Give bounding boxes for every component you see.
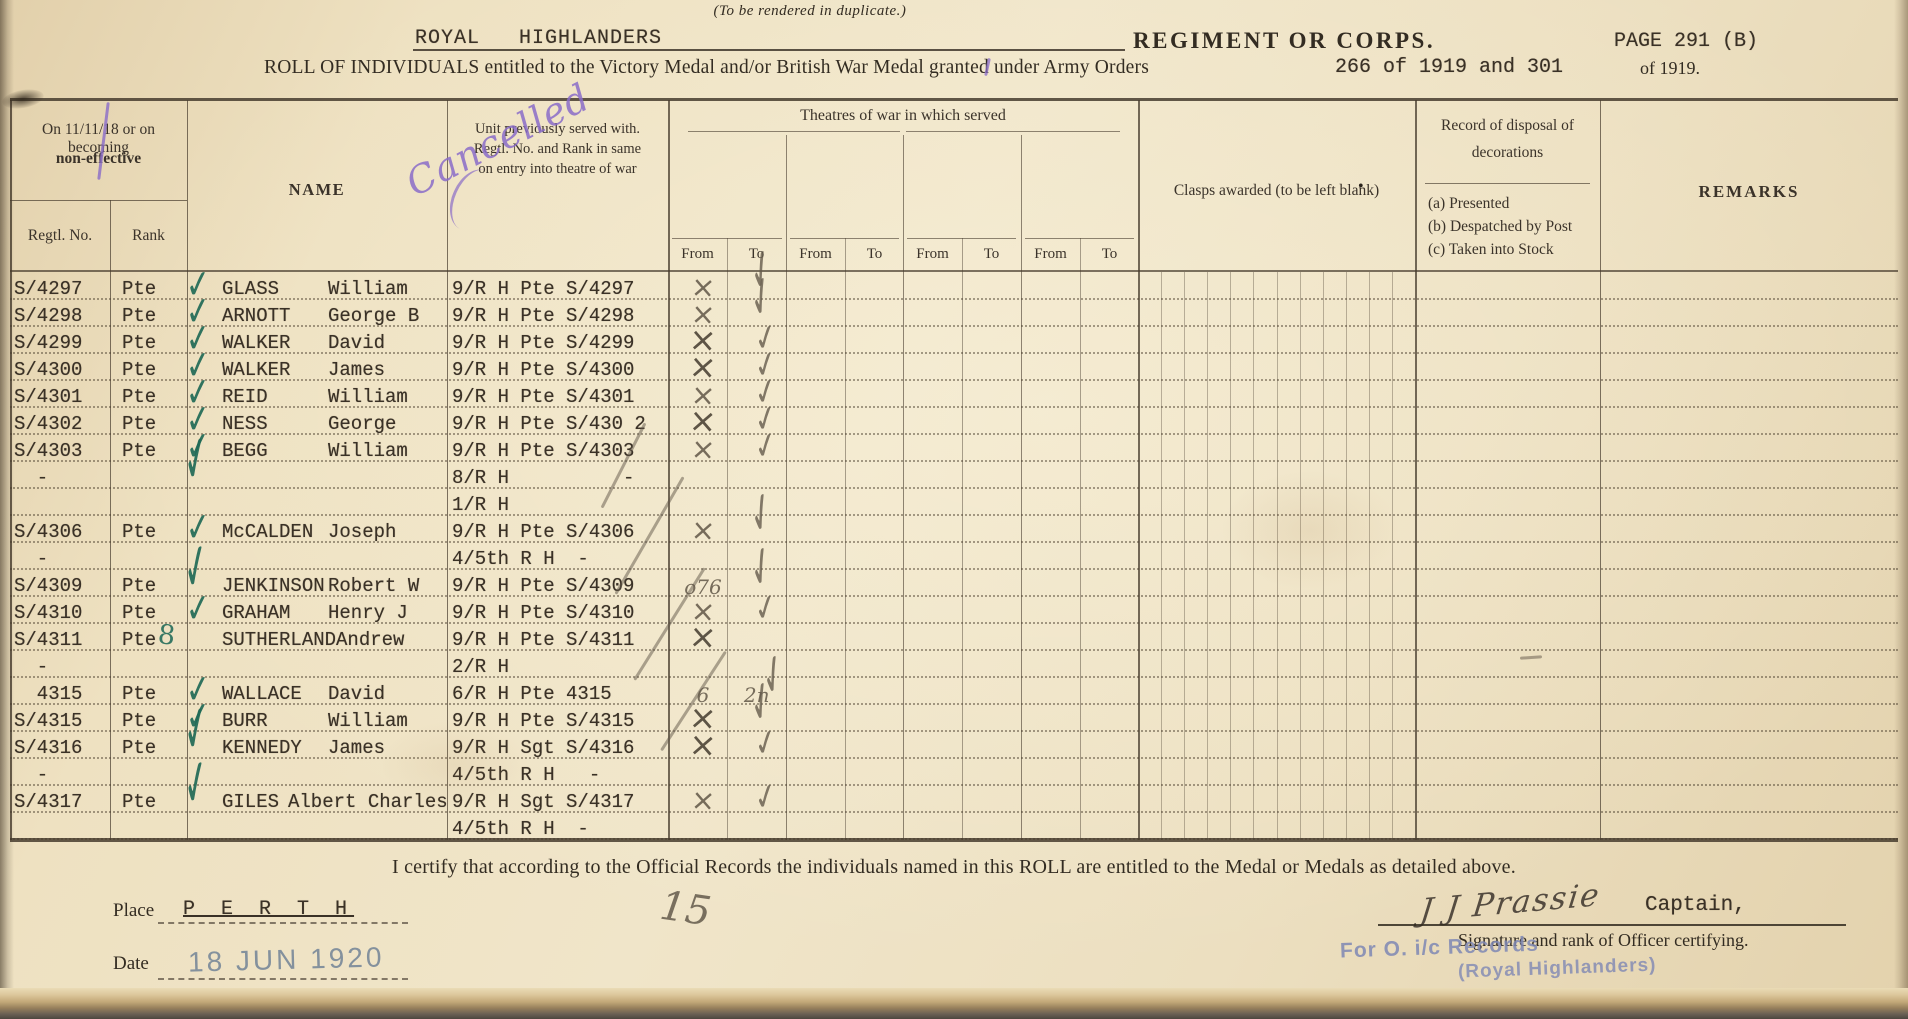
regtl-no-value: - — [14, 764, 109, 786]
regtl-no-value: S/4300 — [14, 359, 109, 381]
duplicate-note: (To be rendered in duplicate.) — [660, 3, 960, 20]
name-value: McCALDENJoseph — [222, 521, 462, 543]
col-header-to: To — [845, 246, 904, 263]
grid-line-horizontal — [688, 131, 900, 132]
unit-value: 9/R H Pte S/4311 — [452, 629, 634, 651]
regtl-no-value: S/4309 — [14, 575, 109, 597]
col-header-disposal-c: (c) Taken into Stock — [1428, 241, 1554, 259]
name-value: WALKERDavid — [222, 332, 462, 354]
col-header-disposal-line1: Record of disposal of — [1415, 117, 1600, 135]
table-row: S/4306 Pte McCALDENJoseph 9/R H Pte S/43… — [10, 514, 1898, 543]
regtl-no-value: S/4299 — [14, 332, 109, 354]
of-year: of 1919. — [1640, 58, 1700, 79]
place-label: Place — [113, 900, 154, 922]
regtl-no-value: 4315 — [14, 683, 109, 705]
regtl-no-value: S/4298 — [14, 305, 109, 327]
col-header-to: To — [962, 246, 1021, 263]
name-value: JENKINSONRobert W — [222, 575, 462, 597]
table-row: S/4310 Pte GRAHAMHenry J 9/R H Pte S/431… — [10, 595, 1898, 624]
green-tick-mark: ✓ — [176, 430, 216, 493]
table-row: - 4/5th R H - — [10, 541, 1898, 570]
unit-value: 9/R H Pte S/4301 — [452, 386, 634, 408]
unit-value: 4/5th R H - — [452, 548, 589, 570]
medal-roll-document: (To be rendered in duplicate.) ROYAL HIG… — [0, 0, 1908, 1019]
officer-signature: J J Prassie — [1418, 877, 1603, 929]
table-row: 1/R H — [10, 487, 1898, 516]
unit-value: 9/R H Pte S/4297 — [452, 278, 634, 300]
table-row: S/4317 Pte GILESAlbert Charles 9/R H Sgt… — [10, 784, 1898, 813]
name-value: WALKERJames — [222, 359, 462, 381]
page-number: PAGE 291 (B) — [1614, 30, 1758, 53]
rank-value: Pte — [122, 629, 186, 651]
purple-scrawl-cancelled: Cancelled — [399, 75, 597, 205]
regiment-name-typed: ROYAL HIGHLANDERS — [415, 27, 662, 50]
unit-value: 9/R H Sgt S/4316 — [452, 737, 634, 759]
pencil-mark: × — [690, 787, 716, 813]
regtl-no-value: - — [14, 656, 109, 678]
grid-line-horizontal — [10, 200, 187, 201]
unit-value: 8/R H - — [452, 467, 634, 489]
table-row: S/4299 Pte WALKERDavid 9/R H Pte S/4299 … — [10, 325, 1898, 354]
col-header-disposal-b: (b) Despatched by Post — [1428, 218, 1572, 236]
col-header-theatres: Theatres of war in which served — [668, 107, 1138, 125]
regtl-no-value: S/4303 — [14, 440, 109, 462]
table-row: - 4/5th R H - — [10, 757, 1898, 786]
unit-value: 6/R H Pte 4315 — [452, 683, 612, 705]
name-value: GILESAlbert Charles — [222, 791, 462, 813]
army-orders-typed: 266 of 1919 and 301 — [1335, 56, 1563, 79]
regiment-label: REGIMENT OR CORPS. — [1133, 28, 1435, 54]
col-header-from: From — [903, 246, 962, 263]
unit-value: 4/5th R H - — [452, 818, 589, 840]
col-header-rank: Rank — [110, 227, 187, 245]
grid-line-horizontal — [1425, 183, 1590, 184]
signature-line — [1378, 924, 1846, 926]
name-value: ARNOTTGeorge B — [222, 305, 462, 327]
rank-value: Pte — [122, 683, 186, 705]
table-row: S/4297 Pte GLASSWilliam 9/R H Pte S/4297… — [10, 271, 1898, 300]
regtl-no-value: S/4310 — [14, 602, 109, 624]
grid-line-horizontal — [672, 238, 782, 239]
rank-value: Pte — [122, 737, 186, 759]
unit-value: 2/R H — [452, 656, 509, 678]
table-row: S/4309 Pte JENKINSONRobert W 9/R H Pte S… — [10, 568, 1898, 597]
rank-value: Pte — [122, 359, 186, 381]
table-row: 4/5th R H - — [10, 811, 1898, 840]
name-value: KENNEDYJames — [222, 737, 462, 759]
unit-value: 9/R H Pte S/4303 — [452, 440, 634, 462]
col-header-regtl-no: Regtl. No. — [10, 227, 110, 245]
grid-line-horizontal — [790, 238, 899, 239]
table-row: S/4303 Pte BEGGWilliam 9/R H Pte S/4303 … — [10, 433, 1898, 462]
unit-value: 9/R H Pte S/4310 — [452, 602, 634, 624]
name-value: REIDWilliam — [222, 386, 462, 408]
name-value: GRAHAMHenry J — [222, 602, 462, 624]
col-header-disposal-line2: decorations — [1415, 144, 1600, 162]
table-row: - 2/R H — [10, 649, 1898, 678]
table-row: S/4316 Pte KENNEDYJames 9/R H Sgt S/4316… — [10, 730, 1898, 759]
date-label: Date — [113, 953, 149, 975]
page-stack-edge-bottom — [0, 988, 1908, 1019]
table-row: S/4302 Pte NESSGeorge 9/R H Pte S/430 2 … — [10, 406, 1898, 435]
regtl-no-value: S/4315 — [14, 710, 109, 732]
remarks-ink-dot: • — [1358, 178, 1364, 196]
green-eight-mark: 8 — [156, 619, 176, 652]
col-header-from: From — [786, 246, 845, 263]
name-value: GLASSWilliam — [222, 278, 462, 300]
page-edge-right — [1894, 0, 1908, 1019]
unit-value: 4/5th R H - — [452, 764, 600, 786]
rank-value: Pte — [122, 278, 186, 300]
unit-value: 9/R H Pte S/4315 — [452, 710, 634, 732]
unit-value: 9/R H Pte S/4306 — [452, 521, 634, 543]
grid-line-horizontal — [10, 98, 1898, 101]
place-value: P E R T H — [183, 898, 354, 921]
pencil-mark: × — [688, 408, 717, 434]
table-row: - 8/R H - ✓ — [10, 460, 1898, 489]
col-header-from: From — [668, 246, 727, 263]
regtl-no-value: - — [14, 467, 109, 489]
regiment-underline — [413, 49, 1125, 51]
page-edge-left — [0, 0, 14, 1019]
unit-value: 9/R H Pte S/4309 — [452, 575, 634, 597]
col-header-from: From — [1021, 246, 1080, 263]
rank-value: Pte — [122, 332, 186, 354]
pencil-mark: × — [688, 624, 717, 650]
regtl-no-value: S/4302 — [14, 413, 109, 435]
green-tick-mark: ✓ — [176, 754, 216, 817]
grid-line-horizontal — [907, 238, 1016, 239]
pencil-number-15: 15 — [657, 883, 714, 936]
regtl-no-value: S/4297 — [14, 278, 109, 300]
name-value: BURRWilliam — [222, 710, 462, 732]
records-stamp-line2: (Royal Highlanders) — [1458, 955, 1657, 984]
name-value: SUTHERLANDAndrew — [222, 629, 462, 651]
unit-value: 9/R H Pte S/4300 — [452, 359, 634, 381]
regtl-no-value: S/4317 — [14, 791, 109, 813]
regtl-no-value: S/4301 — [14, 386, 109, 408]
rank-value: Pte — [122, 791, 186, 813]
pencil-mark: × — [688, 732, 717, 758]
col-header-remarks: REMARKS — [1600, 182, 1898, 202]
table-row: S/4298 Pte ARNOTTGeorge B 9/R H Pte S/42… — [10, 298, 1898, 327]
roll-title: ROLL OF INDIVIDUALS entitled to the Vict… — [264, 57, 1149, 79]
table-row: 4315 Pte WALLACEDavid 6/R H Pte 4315 6 2… — [10, 676, 1898, 705]
rank-value: Pte — [122, 305, 186, 327]
rank-value: Pte — [122, 575, 186, 597]
name-value: WALLACEDavid — [222, 683, 462, 705]
col-header-disposal-a: (a) Presented — [1428, 195, 1509, 213]
table-row: S/4315 Pte BURRWilliam 9/R H Pte S/4315 … — [10, 703, 1898, 732]
grid-line-horizontal — [1025, 238, 1134, 239]
name-value: NESSGeorge — [222, 413, 462, 435]
rank-value: Pte — [122, 413, 186, 435]
unit-value: 1/R H — [452, 494, 509, 516]
regtl-no-value: S/4306 — [14, 521, 109, 543]
table-row: S/4301 Pte REIDWilliam 9/R H Pte S/4301 … — [10, 379, 1898, 408]
unit-value: 9/R H Pte S/4298 — [452, 305, 634, 327]
date-stamp-value: 18 JUN 1920 — [188, 941, 385, 978]
rank-value: Pte — [122, 521, 186, 543]
captain-typed: Captain, — [1645, 894, 1746, 917]
regtl-no-value: S/4316 — [14, 737, 109, 759]
date-line — [158, 978, 408, 980]
grid-line-horizontal — [906, 131, 1120, 132]
col-header-clasps: Clasps awarded (to be left blank) — [1138, 182, 1415, 200]
unit-value: 9/R H Pte S/4299 — [452, 332, 634, 354]
regtl-no-value: - — [14, 548, 109, 570]
place-line — [158, 922, 408, 924]
col-header-to: To — [1080, 246, 1139, 263]
regtl-no-value: S/4311 — [14, 629, 109, 651]
table-row: S/4300 Pte WALKERJames 9/R H Pte S/4300 … — [10, 352, 1898, 381]
unit-value: 9/R H Pte S/430 2 — [452, 413, 646, 435]
table-row: S/4311 Pte SUTHERLANDAndrew 9/R H Pte S/… — [10, 622, 1898, 651]
name-value: BEGGWilliam — [222, 440, 462, 462]
pencil-mark: × — [690, 436, 716, 462]
rank-value: Pte — [122, 386, 186, 408]
certification-statement: I certify that according to the Official… — [0, 856, 1908, 879]
pencil-mark: × — [688, 354, 717, 380]
unit-value: 9/R H Sgt S/4317 — [452, 791, 634, 813]
pencil-mark: × — [690, 517, 716, 543]
